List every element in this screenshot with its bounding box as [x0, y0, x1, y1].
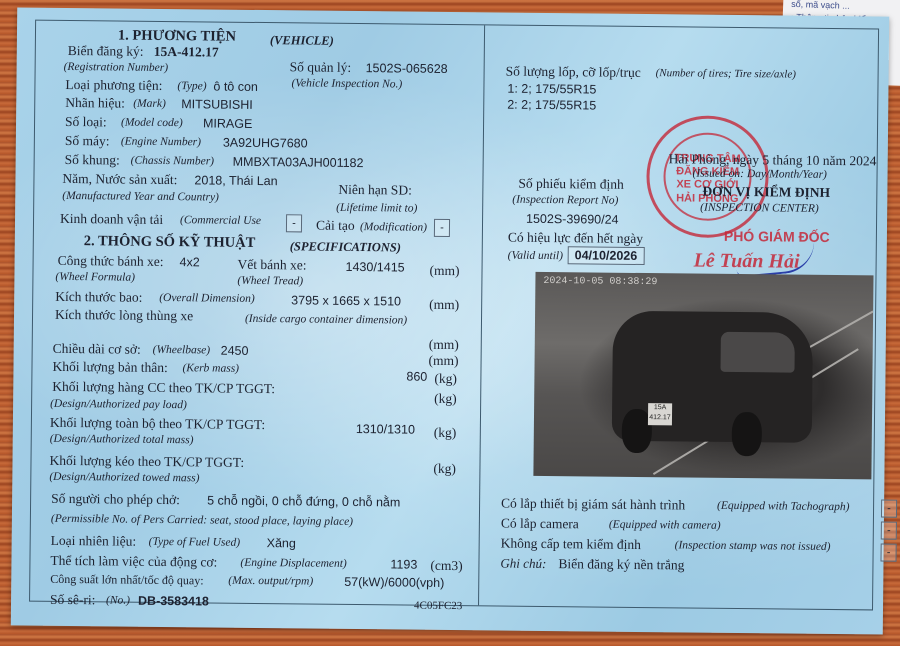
registration-label: Biển đăng ký: — [68, 43, 144, 60]
displacement-value: 1193 — [390, 557, 417, 571]
kerb-value: 860 — [406, 370, 427, 384]
wheelbase-value: 2450 — [221, 344, 249, 358]
engine-label: Số máy: — [65, 133, 110, 149]
certificate-frame: 1. PHƯƠNG TIỆN (VEHICLE) Biển đăng ký: 1… — [29, 20, 879, 611]
camera-checkbox: - — [881, 522, 897, 540]
total-unit: (kg) — [434, 425, 457, 441]
wheel-formula-value: 4x2 — [180, 255, 200, 269]
tires-label: Số lượng lốp, cỡ lốp/trục — [506, 64, 641, 81]
cargo-en: (Inside cargo container dimension) — [245, 313, 407, 327]
displacement-unit: (cm3) — [430, 558, 462, 574]
modification-en: (Modification) — [360, 221, 427, 234]
wheel-tread-unit: (mm) — [429, 263, 459, 279]
payload-unit: (kg) — [434, 391, 457, 407]
vehicle-photo: 2024-10-05 08:38:29 15A 412.17 — [533, 272, 873, 480]
total-en: (Design/Authorized total mass) — [50, 433, 194, 447]
towed-label: Khối lượng kéo theo TK/CP TGGT: — [49, 453, 244, 471]
overall-unit: (mm) — [429, 297, 459, 313]
power-label: Công suất lớn nhất/tốc độ quay: — [50, 572, 203, 589]
report-en: (Inspection Report No) — [512, 194, 618, 207]
year-en: (Manufactured Year and Country) — [62, 190, 219, 204]
engine-en: (Engine Number) — [121, 136, 201, 149]
serial-value: DB-3583418 — [138, 594, 209, 609]
tires-en: (Number of tires; Tire size/axle) — [656, 67, 796, 80]
engine-value: 3A92UHG7680 — [223, 136, 308, 151]
valid-en: (Valid until) — [508, 250, 563, 263]
valid-until-value: 04/10/2026 — [568, 246, 645, 265]
note-label: Ghi chú: — [500, 556, 546, 572]
photo-timestamp: 2024-10-05 08:38:29 — [543, 276, 657, 288]
report-label: Số phiếu kiểm định — [518, 176, 624, 193]
kerb-en: (Kerb mass) — [182, 362, 239, 375]
tachograph-checkbox: - — [881, 500, 897, 518]
chassis-en: (Chassis Number) — [131, 155, 215, 168]
power-en: (Max. output/rpm) — [228, 575, 313, 588]
towed-en: (Design/Authorized towed mass) — [49, 471, 199, 485]
inspection-certificate: 1. PHƯƠNG TIỆN (VEHICLE) Biển đăng ký: 1… — [11, 7, 889, 634]
type-en: (Type) — [177, 80, 206, 92]
overall-en: (Overall Dimension) — [159, 292, 255, 305]
inspection-stamp-en: (Inspection stamp was not issued) — [675, 539, 831, 553]
payload-en: (Design/Authorized pay load) — [50, 398, 187, 411]
displacement-en: (Engine Displacement) — [240, 557, 346, 570]
wheel-tread-value: 1430/1415 — [345, 260, 404, 275]
payload-label: Khối lượng hàng CC theo TK/CP TGGT: — [52, 379, 275, 397]
kerb-label: Khối lượng bản thân: — [52, 359, 167, 376]
total-value: 1310/1310 — [356, 422, 415, 437]
persons-label: Số người cho phép chở: — [51, 491, 180, 508]
chassis-label: Số khung: — [65, 152, 120, 169]
lifetime-label: Niên hạn SD: — [338, 182, 412, 199]
commercial-label: Kinh doanh vận tải — [60, 211, 163, 228]
kerb-unit-kg: (kg) — [434, 371, 457, 387]
total-label: Khối lượng toàn bộ theo TK/CP TGGT: — [50, 415, 265, 433]
wheel-formula-en: (Wheel Formula) — [55, 271, 135, 284]
serial-label: Số sê-ri: — [50, 592, 96, 608]
cargo-unit: (mm) — [429, 337, 459, 353]
mark-en: (Mark) — [133, 98, 166, 110]
center-divider — [478, 25, 485, 605]
car-image: 15A 412.17 — [612, 311, 813, 443]
inspection-stamp-checkbox: - — [881, 544, 897, 562]
persons-value: 5 chỗ ngồi, 0 chỗ đứng, 0 chỗ nằm — [207, 493, 400, 509]
section1-title-en: (VEHICLE) — [270, 33, 334, 49]
persons-en: (Permissible No. of Pers Carried: seat, … — [51, 513, 353, 528]
inspection-stamp-label: Không cấp tem kiểm định — [501, 536, 641, 553]
inspection-no-en: (Vehicle Inspection No.) — [291, 77, 402, 90]
modification-checkbox: - — [434, 219, 450, 237]
type-label: Loại phương tiện: — [65, 77, 162, 94]
wheelbase-en: (Wheelbase) — [153, 344, 211, 357]
year-label: Năm, Nước sản xuất: — [62, 171, 177, 188]
tire-axle-1: 1: 2; 175/55R15 — [507, 82, 596, 97]
chassis-value: MMBXTA03AJH001182 — [233, 155, 364, 170]
form-code: 4C05FC23 — [414, 600, 462, 613]
tachograph-en: (Equipped with Tachograph) — [717, 500, 850, 513]
wheel-formula-label: Công thức bánh xe: — [58, 253, 164, 270]
center-en: (INSPECTION CENTER) — [700, 202, 819, 215]
inspection-no-label: Số quản lý: — [290, 59, 352, 76]
section2-title: 2. THÔNG SỐ KỸ THUẬT — [84, 233, 256, 252]
lifetime-en: (Lifetime limit to) — [336, 202, 417, 215]
overall-value: 3795 x 1665 x 1510 — [291, 293, 401, 308]
fuel-value: Xăng — [267, 536, 296, 550]
wheel-tread-label: Vết bánh xe: — [237, 257, 306, 274]
registration-value: 15A-412.17 — [154, 44, 219, 61]
issued-en: (Issued on: Day/Month/Year) — [692, 168, 826, 181]
center-title: ĐƠN VỊ KIỂM ĐỊNH — [702, 184, 830, 201]
registration-en: (Registration Number) — [64, 61, 169, 74]
serial-en: (No.) — [106, 594, 130, 606]
type-value: ô tô con — [213, 80, 258, 94]
car-plate: 15A 412.17 — [648, 403, 672, 425]
section2-title-en: (SPECIFICATIONS) — [290, 239, 401, 255]
wheel-tread-en: (Wheel Tread) — [237, 275, 303, 288]
report-value: 1502S-39690/24 — [526, 212, 619, 227]
signer-name: Lê Tuấn Hải — [694, 250, 800, 274]
camera-label: Có lắp camera — [501, 516, 579, 533]
note-value: Biển đăng ký nền trắng — [558, 556, 684, 573]
wheelbase-unit: (mm) — [428, 353, 458, 369]
wheelbase-label: Chiều dài cơ sở: — [53, 341, 141, 358]
valid-label: Có hiệu lực đến hết ngày — [508, 230, 643, 247]
model-value: MIRAGE — [203, 116, 252, 131]
mark-label: Nhãn hiệu: — [65, 95, 125, 112]
commercial-checkbox: - — [286, 214, 302, 232]
modification-label: Cải tạo — [316, 218, 355, 234]
inspection-no-value: 1502S-065628 — [366, 61, 448, 76]
displacement-label: Thể tích làm việc của động cơ: — [50, 553, 217, 571]
camera-en: (Equipped with camera) — [609, 519, 721, 532]
towed-unit: (kg) — [433, 461, 456, 477]
power-value: 57(kW)/6000(vph) — [344, 575, 444, 590]
model-en: (Model code) — [121, 117, 183, 130]
tire-axle-2: 2: 2; 175/55R15 — [507, 98, 596, 113]
year-value: 2018, Thái Lan — [194, 173, 277, 188]
model-label: Số loại: — [65, 114, 107, 130]
fuel-label: Loại nhiên liệu: — [51, 533, 137, 550]
overall-label: Kích thước bao: — [55, 289, 142, 306]
fuel-en: (Type of Fuel Used) — [149, 536, 241, 549]
cargo-label: Kích thước lòng thùng xe — [55, 307, 193, 324]
tachograph-label: Có lắp thiết bị giám sát hành trình — [501, 496, 685, 514]
commercial-en: (Commercial Use — [180, 214, 261, 227]
mark-value: MITSUBISHI — [181, 97, 253, 112]
